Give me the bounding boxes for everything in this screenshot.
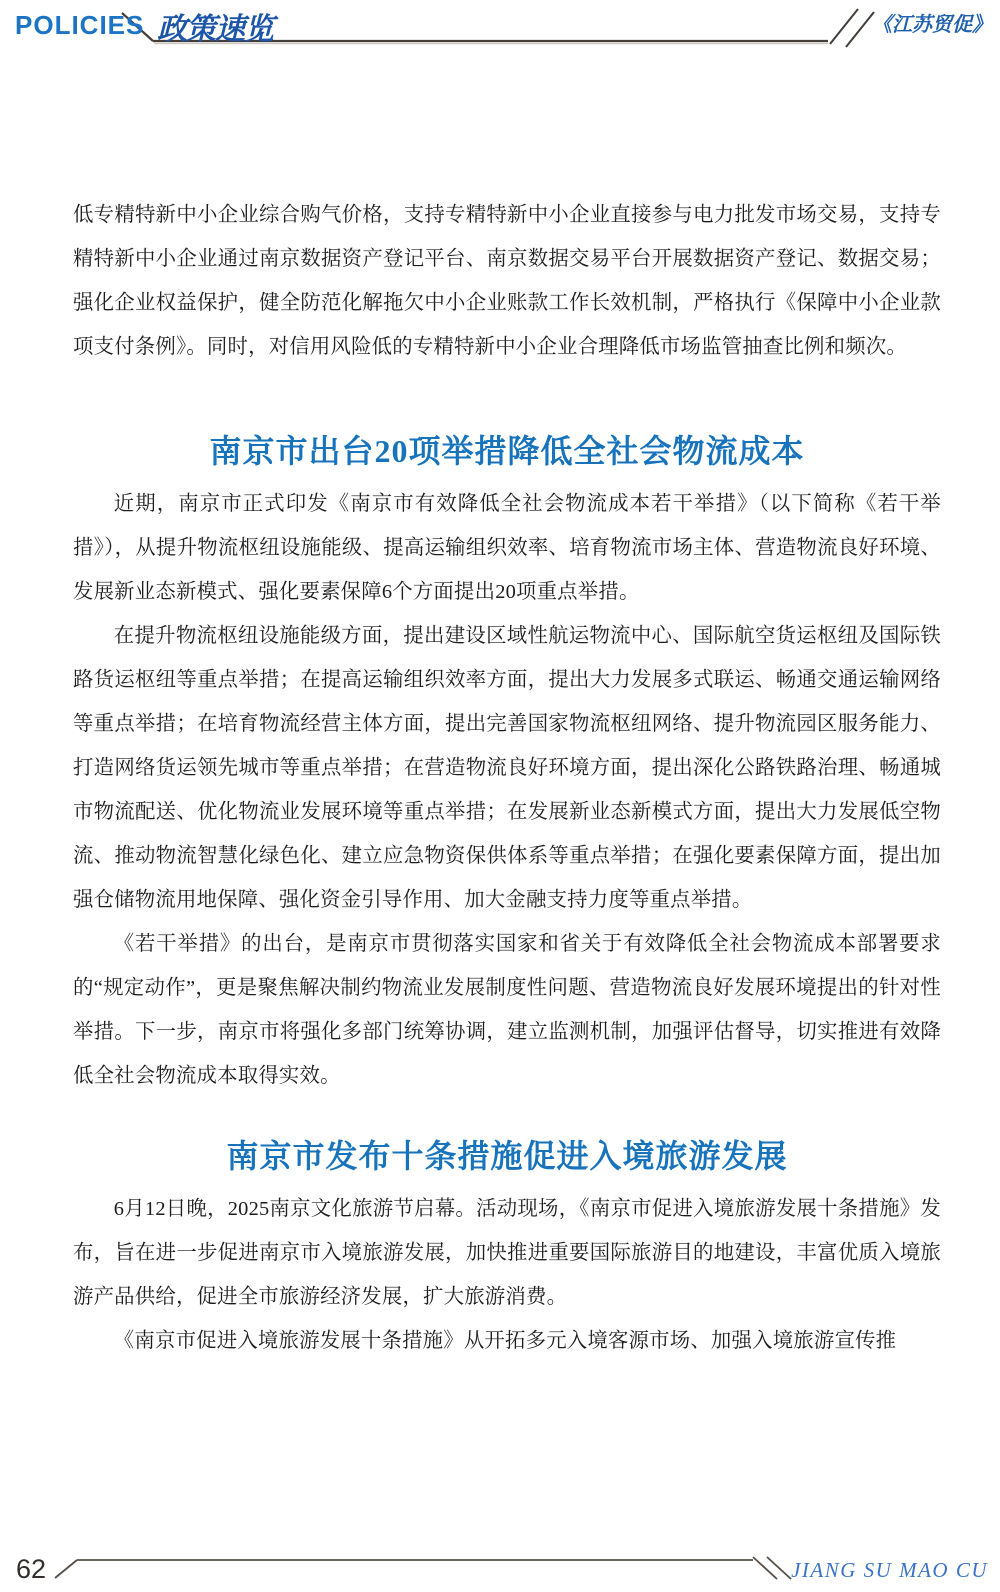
paragraph: 《南京市促进入境旅游发展十条措施》从开拓多元入境客源市场、加强入境旅游宣传推 (73, 1319, 941, 1363)
continuation-paragraph: 低专精特新中小企业综合购气价格，支持专精特新中小企业直接参与电力批发市场交易，支… (73, 193, 941, 369)
paragraph: 在提升物流枢纽设施能级方面，提出建设区域性航运物流中心、国际航空货运枢纽及国际铁… (73, 614, 941, 922)
paragraph: 近期，南京市正式印发《南京市有效降低全社会物流成本若干举措》（以下简称《若干举措… (73, 482, 941, 614)
page-footer: 62 JIANG SU MAO CU (0, 1540, 1000, 1592)
paragraph: 《若干举措》的出台，是南京市贯彻落实国家和省关于有效降低全社会物流成本部署要求的… (73, 922, 941, 1098)
magazine-name-zh: 《江苏贸促》 (872, 8, 992, 37)
page-number: 62 (16, 1554, 46, 1585)
header-rule (0, 0, 1000, 60)
magazine-page: { "colors": { "header_en_blue": "#1b74c4… (0, 0, 1000, 1592)
main-text-column: 低专精特新中小企业综合购气价格，支持专精特新中小企业直接参与电力批发市场交易，支… (73, 193, 941, 1363)
column-title-calligraphy: 政策速览 (157, 4, 273, 48)
article-title-logistics: 南京市出台20项举措降低全社会物流成本 (73, 429, 941, 473)
section-label-en: POLICIES (15, 10, 144, 41)
article-title-tourism: 南京市发布十条措施促进入境旅游发展 (73, 1134, 941, 1178)
magazine-name-en: JIANG SU MAO CU (791, 1558, 988, 1583)
paragraph: 6月12日晚，2025南京文化旅游节启幕。活动现场，《南京市促进入境旅游发展十条… (73, 1187, 941, 1319)
page-header: POLICIES 政策速览 《江苏贸促》 (0, 0, 1000, 60)
